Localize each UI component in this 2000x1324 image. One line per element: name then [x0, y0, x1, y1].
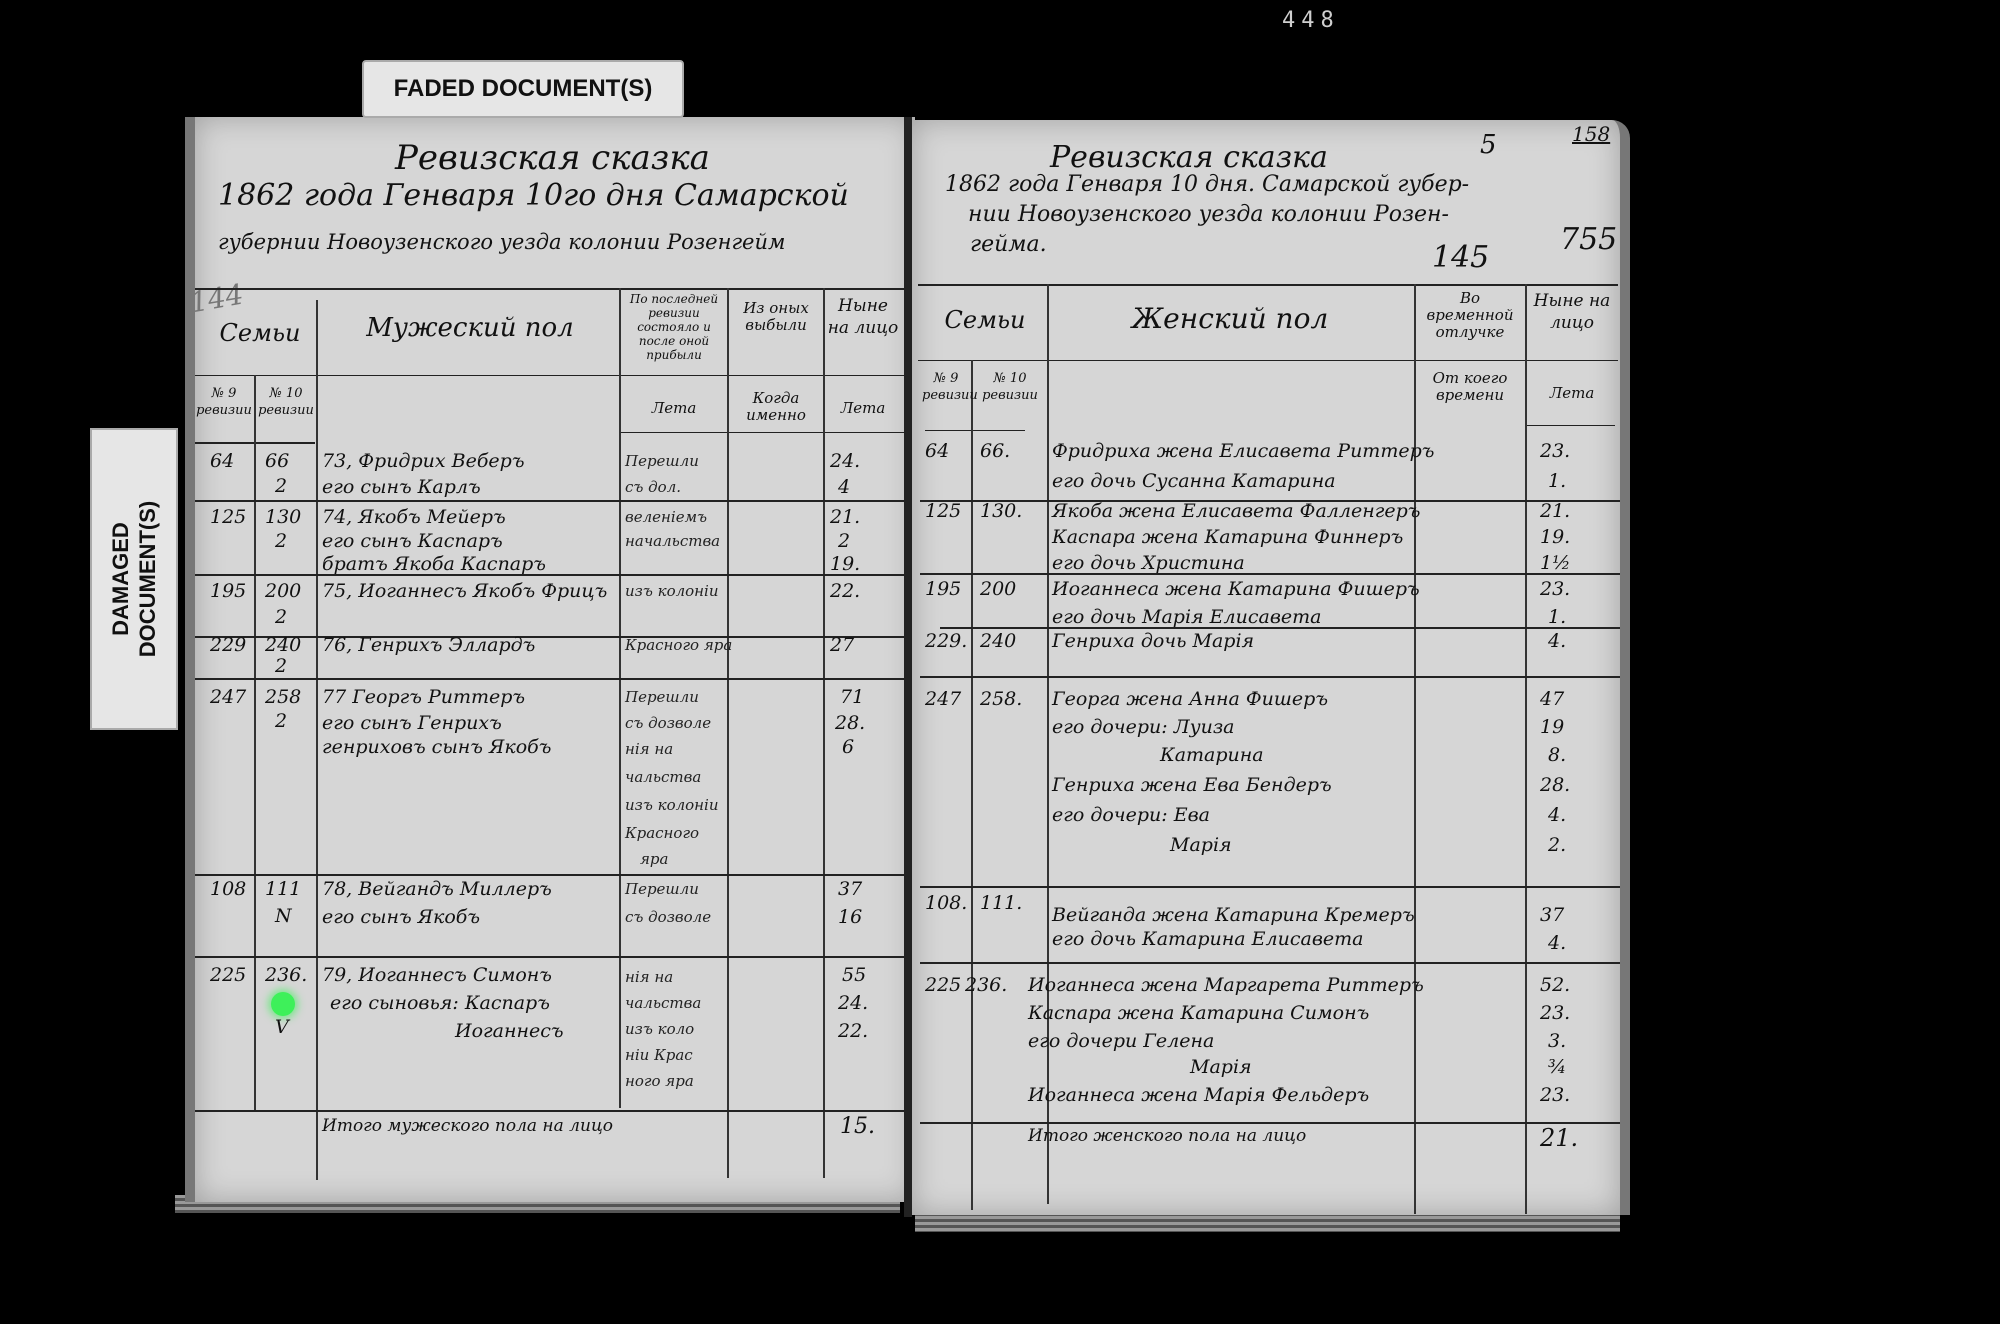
- left-header-families: Семьи: [205, 325, 315, 342]
- left-row-name: 74, Якобъ Мейеръ: [322, 506, 506, 528]
- right-row-rev10: 200: [980, 578, 1016, 600]
- right-row-rule: [920, 676, 1620, 678]
- left-row-name: 78, Вейгандъ Миллеръ: [322, 878, 552, 900]
- left-row-note: ніи Крас: [625, 1046, 693, 1064]
- left-row-rule: [195, 956, 905, 958]
- right-row-age: 23.: [1540, 440, 1570, 462]
- right-row-rev9: 229.: [925, 630, 967, 652]
- right-folio-number: 158: [1572, 122, 1610, 146]
- left-row-age: 27: [830, 634, 854, 656]
- right-row-age: 3.: [1548, 1030, 1566, 1052]
- left-row-age: 19.: [830, 553, 860, 575]
- green-marker-dot: [271, 992, 295, 1016]
- left-header-when: Когда именно: [730, 390, 822, 424]
- left-row-mark: 2: [275, 710, 287, 732]
- right-row-name: Вейганда жена Катарина Кремеръ: [1052, 904, 1415, 926]
- left-row-mark: N: [275, 905, 292, 927]
- left-row-name: братъ Якоба Каспаръ: [322, 553, 546, 575]
- left-row-rev9: 195: [210, 580, 246, 602]
- left-row-age: 22.: [838, 1020, 868, 1042]
- right-row-rev9: 108.: [925, 892, 967, 914]
- left-row-age: 21.: [830, 506, 860, 528]
- left-row-mark: V: [275, 1016, 289, 1038]
- right-row-name: его дочери: Ева: [1052, 804, 1210, 826]
- right-col-rule-4: [1525, 284, 1527, 1214]
- right-header-present: Ныне на лицо: [1528, 290, 1616, 334]
- left-row-note: ного яра: [625, 1072, 694, 1090]
- left-row-name: 76, Генрихъ Эллардъ: [322, 634, 535, 656]
- left-row-mark: 2: [275, 530, 287, 552]
- left-row-name: его сыновья: Каспаръ: [330, 992, 550, 1014]
- left-row-age: 24.: [838, 992, 868, 1014]
- left-total-label: Итого мужеского пола на лицо: [322, 1116, 613, 1136]
- left-row-note: съ дол.: [625, 478, 681, 496]
- left-col-rule-2: [316, 300, 318, 1180]
- left-row-age: 4: [838, 476, 850, 498]
- right-row-age: 1.: [1548, 470, 1566, 492]
- left-row-name: его сынъ Карлъ: [322, 476, 481, 498]
- left-row-age: 55: [842, 964, 866, 986]
- left-row-rule: [195, 500, 905, 502]
- left-header-male: Мужеский пол: [330, 320, 610, 337]
- right-row-rev9: 225: [925, 974, 961, 996]
- right-row-age: 21.: [1540, 500, 1570, 522]
- right-row-name: Якоба жена Елисавета Фалленгеръ: [1052, 500, 1420, 522]
- left-header-present: Ныне на лицо: [826, 295, 900, 339]
- left-row-rev10: 130: [265, 506, 301, 528]
- left-row-note: нія на: [625, 740, 673, 758]
- right-total-label: Итого женского пола на лицо: [1028, 1126, 1306, 1146]
- left-page-heading-line1: 1862 года Генваря 10го дня Самарской: [218, 178, 849, 213]
- book-gutter: [904, 117, 912, 1217]
- right-row-name: Иоганнеса жена Катарина Фишеръ: [1052, 578, 1420, 600]
- left-page-title: Ревизская сказка: [395, 138, 710, 178]
- left-row-note: нія на: [625, 968, 673, 986]
- right-page-heading-line2: нии Новоузенского уезда колонии Розен-: [968, 202, 1449, 227]
- left-col-rule-4: [727, 288, 729, 1178]
- left-page-heading-line2: губернии Новоузенского уезда колонии Роз…: [218, 230, 785, 254]
- left-row-age: 2: [838, 530, 850, 552]
- left-row-name: его сынъ Якобъ: [322, 906, 480, 928]
- left-header-rev9: № 9 ревизии: [196, 385, 252, 419]
- left-row-age: 22.: [830, 580, 860, 602]
- right-row-rev10: 66.: [980, 440, 1010, 462]
- left-row-note: начальства: [625, 532, 720, 550]
- left-row-age: 71: [840, 686, 864, 708]
- left-row-note: Перешли: [625, 880, 699, 898]
- right-row-rev10: 240: [980, 630, 1016, 652]
- right-total-value: 21.: [1540, 1124, 1578, 1152]
- left-row-note: изъ колоніи: [625, 796, 719, 814]
- right-row-name: Каспара жена Катарина Финнеръ: [1052, 526, 1403, 548]
- left-row-note: чальства: [625, 994, 701, 1012]
- right-row-age: 4.: [1548, 630, 1566, 652]
- right-header-families: Семьи: [925, 312, 1045, 329]
- left-row-name: его сынъ Генрихъ: [322, 712, 502, 734]
- left-row-rule: [195, 678, 905, 680]
- left-row-note: Перешли: [625, 688, 699, 706]
- right-row-rev9: 247: [925, 688, 961, 710]
- left-row-name: 79, Иоганнесъ Симонъ: [322, 964, 552, 986]
- right-header-years: Лета: [1528, 385, 1616, 402]
- right-row-age: 1.: [1548, 606, 1566, 628]
- right-row-age: 23.: [1540, 1002, 1570, 1024]
- right-row-name: его дочь Сусанна Катарина: [1052, 470, 1336, 492]
- left-row-note: чальства: [625, 768, 701, 786]
- left-row-name: 77 Георгъ Риттеръ: [322, 686, 525, 708]
- right-row-age: 52.: [1540, 974, 1570, 996]
- right-row-name: его дочь Марія Елисавета: [1052, 606, 1321, 628]
- right-side-folio: 755: [1560, 222, 1617, 257]
- right-row-name: Каспара жена Катарина Симонъ: [1028, 1002, 1369, 1024]
- right-header-sub-rule: [925, 430, 1025, 431]
- right-row-rev9: 195: [925, 578, 961, 600]
- left-row-rev10: 111: [265, 878, 301, 900]
- left-row-note: изъ коло: [625, 1020, 694, 1038]
- right-row-age: 8.: [1548, 744, 1566, 766]
- right-row-age: 19: [1540, 716, 1564, 738]
- right-row-rule: [920, 962, 1620, 964]
- left-row-rule: [195, 636, 905, 638]
- left-col-rule-3: [619, 288, 621, 1108]
- left-row-age: 16: [838, 906, 862, 928]
- left-row-rev10: 66: [265, 450, 289, 472]
- left-row-name: генриховъ сынъ Якобъ: [322, 736, 551, 758]
- left-row-note: Перешли: [625, 452, 699, 470]
- left-row-rev9: 125: [210, 506, 246, 528]
- right-row-name: его дочери: Луиза: [1052, 716, 1235, 738]
- right-row-age: 1½: [1540, 552, 1571, 574]
- left-row-rev10: 236.: [265, 964, 307, 986]
- left-row-note: изъ колоніи: [625, 582, 719, 600]
- right-page-heading-line1: 1862 года Генваря 10 дня. Самарской губе…: [945, 172, 1469, 197]
- right-row-rev10: 258.: [980, 688, 1022, 710]
- damaged-label-line1: DAMAGED: [108, 522, 133, 636]
- right-page-heading-line3: гейма.: [970, 232, 1047, 257]
- right-row-rev9: 64: [925, 440, 949, 462]
- right-row-age: 28.: [1540, 774, 1570, 796]
- left-row-note: веленіемъ: [625, 508, 707, 526]
- right-col-rule-3: [1414, 284, 1416, 1214]
- left-row-note: Красного: [625, 824, 699, 842]
- left-row-age: 37: [838, 878, 862, 900]
- left-row-rev10: 240: [265, 634, 301, 656]
- right-row-name: Генриха жена Ева Бендеръ: [1052, 774, 1332, 796]
- left-row-mark: 2: [275, 475, 287, 497]
- left-row-rev10: 200: [265, 580, 301, 602]
- right-row-name: Катарина: [1160, 744, 1264, 766]
- right-row-name: Иоганнеса жена Марія Фельдеръ: [1028, 1084, 1369, 1106]
- right-row-rev10: 111.: [980, 892, 1022, 914]
- left-row-age: 24.: [830, 450, 860, 472]
- left-header-last-revision: По последней ревизии состояло и после он…: [622, 292, 726, 362]
- left-row-age: 28.: [835, 712, 865, 734]
- left-header-departed: Из оных выбыли: [730, 300, 822, 334]
- faded-document-label: FADED DOCUMENT(S): [362, 60, 684, 118]
- right-row-name: Георга жена Анна Фишеръ: [1052, 688, 1328, 710]
- right-pencil-folio: 145: [1432, 240, 1489, 275]
- left-header-years: Лета: [622, 400, 726, 417]
- left-row-name: Иоганнесъ: [455, 1020, 564, 1042]
- right-col-rule-1: [971, 360, 973, 1210]
- left-total-value: 15.: [840, 1114, 875, 1139]
- right-row-name: Марія: [1190, 1056, 1252, 1078]
- right-row-age: 19.: [1540, 526, 1570, 548]
- left-row-note: Красного яра: [625, 636, 732, 654]
- right-row-rev10: 236.: [965, 974, 1007, 996]
- right-header-since: От коего времени: [1417, 370, 1523, 404]
- right-row-name: его дочь Христина: [1052, 552, 1245, 574]
- left-row-name: 75, Иоганнесъ Якобъ Фрицъ: [322, 580, 607, 602]
- left-row-name: 73, Фридрих Веберъ: [322, 450, 525, 472]
- right-header-sub-rule-2: [1525, 425, 1615, 426]
- right-row-rev9: 125: [925, 500, 961, 522]
- right-row-name: Фридриха жена Елисавета Риттеръ: [1052, 440, 1434, 462]
- right-header-rev10: № 10 ревизии: [975, 370, 1045, 404]
- right-row-rule: [920, 1122, 1620, 1124]
- left-row-rule: [195, 1110, 905, 1112]
- left-header-sub-rule: [620, 432, 905, 433]
- right-table-top-rule: [918, 284, 1618, 286]
- right-row-age: 47: [1540, 688, 1564, 710]
- left-col-rule-5: [823, 288, 825, 1178]
- left-row-rev9: 64: [210, 450, 234, 472]
- right-page-title: Ревизская сказка: [1050, 140, 1328, 175]
- left-row-rev9: 247: [210, 686, 246, 708]
- left-table-top-rule: [195, 288, 905, 290]
- damaged-document-label: DAMAGEDDOCUMENT(S): [90, 428, 178, 730]
- left-row-rev9: 229: [210, 634, 246, 656]
- left-row-rev9: 108: [210, 878, 246, 900]
- right-row-name: Иоганнеса жена Маргарета Риттеръ: [1028, 974, 1424, 996]
- right-header-mid-rule: [918, 360, 1618, 361]
- left-row-mark: 2: [275, 606, 287, 628]
- right-row-age: 4.: [1548, 804, 1566, 826]
- right-row-name: Марія: [1170, 834, 1232, 856]
- right-row-rev10: 130.: [980, 500, 1022, 522]
- left-row-mark: 2: [275, 655, 287, 677]
- left-row-note: съ дозволе: [625, 714, 711, 732]
- left-header-mid-rule: [195, 375, 905, 376]
- right-folio-mark: 5: [1480, 130, 1497, 160]
- left-row-note: съ дозволе: [625, 908, 711, 926]
- left-row-note: яра: [640, 850, 668, 868]
- right-col-rule-2: [1047, 284, 1049, 1204]
- right-row-age: ¾: [1548, 1056, 1566, 1078]
- right-row-age: 23.: [1540, 1084, 1570, 1106]
- right-row-name: его дочери Гелена: [1028, 1030, 1214, 1052]
- right-header-absent: Во временной отлучке: [1417, 290, 1523, 341]
- left-header-rev10: № 10 ревизии: [257, 385, 315, 419]
- left-row-name: его сынъ Каспаръ: [322, 530, 503, 552]
- left-row-rule: [195, 574, 905, 576]
- right-row-rule: [920, 886, 1620, 888]
- right-header-female: Женский пол: [1060, 310, 1400, 327]
- right-row-age: 37: [1540, 904, 1564, 926]
- right-row-age: 23.: [1540, 578, 1570, 600]
- left-row-rule: [195, 874, 905, 876]
- right-row-age: 4.: [1548, 932, 1566, 954]
- left-row-age: 6: [842, 736, 854, 758]
- right-row-name: его дочь Катарина Елисавета: [1052, 928, 1364, 950]
- left-row-rev9: 225: [210, 964, 246, 986]
- right-header-rev9: № 9 ревизии: [922, 370, 970, 404]
- archive-stamp-number: 448: [1282, 8, 1340, 33]
- right-row-age: 2.: [1548, 834, 1566, 856]
- left-col-rule-1: [254, 375, 256, 1110]
- left-row-rev10: 258: [265, 686, 301, 708]
- right-row-name: Генриха дочь Марія: [1052, 630, 1254, 652]
- right-row-rule: [920, 573, 1620, 575]
- left-header-years2: Лета: [826, 400, 900, 417]
- damaged-label-line2: DOCUMENT(S): [135, 501, 160, 657]
